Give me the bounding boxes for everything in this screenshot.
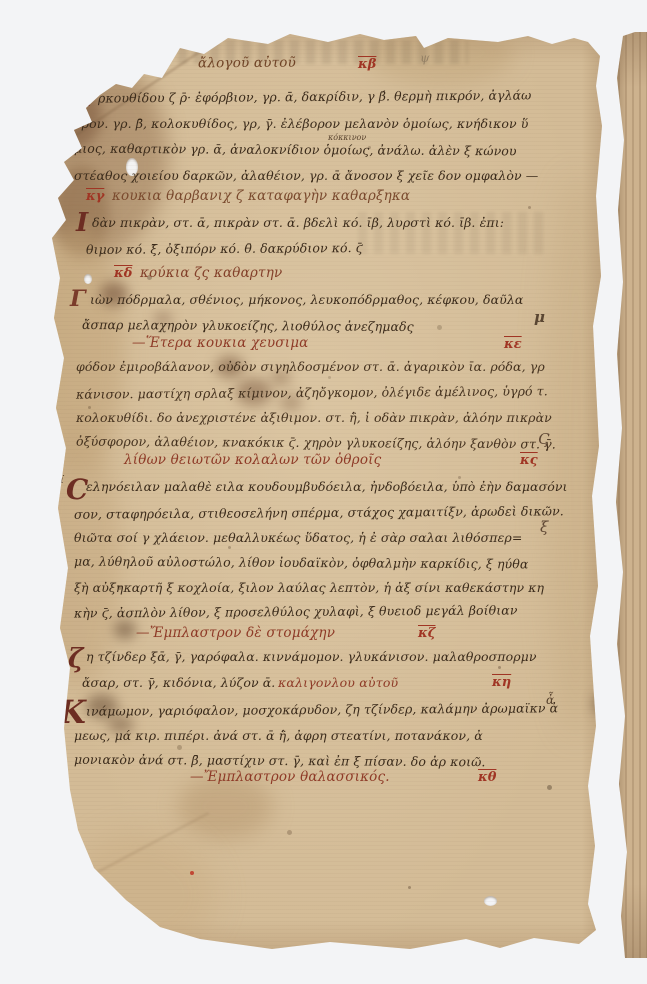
- red-speck: [190, 871, 194, 875]
- right-margin-mark: ξ: [540, 520, 548, 535]
- rubric-heading: —Ἔμπλαστρον θαλασσικός.: [190, 770, 390, 785]
- text-line: ρκουθίδου ζ ρ̄· ἐφόρβιον, γρ. ᾱ, δακρίδι…: [98, 88, 532, 105]
- crease-line: [32, 812, 210, 908]
- drop-initial: Κ: [58, 696, 86, 728]
- left-margin-mark: ἁ:: [48, 138, 60, 150]
- chapter-number-ks: κς: [520, 454, 538, 467]
- text-line: ἄσαρ, στ. γ̄, κιδόνια, λύζον ᾱ.: [82, 676, 275, 690]
- text-line: ιὼν πόδρμαλα, σθένιος, μήκονος, λευκοπόδ…: [90, 293, 523, 307]
- right-margin-mark: μ: [534, 310, 545, 325]
- left-margin-mark: ὡ: [38, 288, 46, 298]
- rubric-heading: λίθων θειωτῶν κολαλων τῶν ὀθροῖς: [124, 453, 381, 468]
- stain: [544, 176, 608, 736]
- chapter-number-kth: κθ: [478, 771, 496, 784]
- text-line: δὰν πικρὰν, στ. ᾱ, πικρὰν στ. ᾱ. βδελὶ κ…: [92, 216, 504, 230]
- worm-hole: [484, 896, 497, 906]
- crease-line: [13, 48, 205, 178]
- chapter-number-kh: κη: [492, 676, 511, 689]
- facing-page-edge-shading: [611, 32, 647, 958]
- text-line: ινάμωμον, γαριόφαλον, μοσχοκάρυδον, ζη τ…: [86, 701, 558, 719]
- drop-initial: Γ: [70, 288, 86, 310]
- rubric-heading: κούκια ζς καθαρτην: [140, 266, 282, 281]
- text-line: μονιακὸν ἀνά στ. β̄, μαστίχιν στ. γ̄, κα…: [74, 753, 486, 770]
- text-line: δρον. γρ. β̄, κολοκυθίδος, γρ, γ̄. ἐλέβο…: [74, 117, 529, 131]
- left-margin-mark: ὀϊ: [54, 476, 64, 486]
- right-margin-mark: Ϛ: [538, 432, 549, 447]
- rubric-heading: κουκια θαρβανιχ ζ καταφαγὴν καθαρξηκα: [112, 189, 410, 204]
- stain: [594, 694, 612, 714]
- inline-rubric: καλιγονλου αὐτοῦ: [278, 676, 398, 690]
- text-line: κὴν ϛ̄, ἀσπλὸν λίθον, ξ προσελθύλος χυλα…: [74, 603, 518, 620]
- chapter-number-kg: κγ: [86, 190, 104, 203]
- text-line: η τζίνδερ ξᾱ, γ̄, γαρόφαλα. κιννάμομον. …: [86, 650, 537, 664]
- rubric-heading: —Ἕτερα κουκια χευσιμα: [132, 336, 309, 351]
- text-line: ὀξύσφορον, ἀλαθέιον, κνακόκικ ϛ̄. χηρὸν …: [76, 435, 556, 452]
- chapter-number-kb: κβ: [358, 58, 376, 71]
- chapter-number-ke: κε: [504, 338, 522, 351]
- text-line: φόδον ἐμιροβάλανον, οὐδὸν σιγηλδοσμένον …: [76, 360, 545, 374]
- text-line: εληνόειλαν μαλαθὲ ειλα κουδουμβυδόειλα, …: [86, 480, 568, 494]
- left-margin-mark: φ: [46, 212, 54, 224]
- facing-page-edge: [611, 32, 647, 958]
- manuscript-page: ἄλογοῦ αὐτοῦ κβ ψ Α ρκουθίδου ζ ρ̄· ἐφόρ…: [28, 26, 605, 958]
- text-line: στέαθος χοιείου δαρκῶν, ἀλαθέιον, γρ. ᾱ …: [74, 169, 538, 183]
- drop-initial: ζ: [68, 646, 83, 672]
- interlinear-note: κόκκινον: [328, 134, 366, 142]
- text-line: κάνισον. μαστίχη σρλαξ κίμινον, ἀζηὄγκομ…: [76, 384, 548, 402]
- scan-background: ἄλογοῦ αὐτοῦ κβ ψ Α ρκουθίδου ζ ρ̄· ἐφόρ…: [0, 0, 647, 984]
- pencil-monogram-icon: [100, 42, 140, 90]
- text-line: κολοκυθίδι. δο ἀνεχριστένε ἀξιθιμον. στ.…: [76, 411, 552, 425]
- faint-margin-mark: ψ: [420, 52, 429, 64]
- worm-hole: [84, 274, 92, 284]
- text-line: μα, λύθηλοῦ αὐλοστώλο, λίθον ἰουδαϊκὸν, …: [74, 555, 529, 572]
- worm-hole: [60, 120, 70, 132]
- drop-initial: Ϲ: [66, 476, 88, 504]
- foxing-specks: [28, 26, 31, 29]
- rubric-heading: —Ἔμπλαστρον δὲ στομάχην: [136, 626, 335, 641]
- page-title: ἄλογοῦ αὐτοῦ: [198, 56, 296, 72]
- stain: [114, 620, 136, 639]
- text-line: μεως, μά κιρ. πιπέρι. ἀνά στ. ᾱ ἡ̈, ἀφρη…: [74, 729, 483, 743]
- text-line: μιος, καθαρτικὸν γρ. ᾱ, ἀναλοκνίδιον ὁμο…: [74, 142, 517, 159]
- left-margin-mark: ϟ: [50, 648, 58, 660]
- chapter-number-kd: κδ: [114, 267, 132, 280]
- drop-initial: Α: [68, 82, 91, 112]
- right-margin-mark: ἆ: [546, 694, 554, 706]
- drop-initial: Ι: [76, 210, 88, 236]
- text-line: ξὴ αὐξηκαρτῆ ξ κοχλοία, ξιλον λαύλας λεπ…: [74, 581, 544, 595]
- stain: [66, 832, 216, 957]
- chapter-number-kz: κζ: [418, 627, 435, 640]
- text-line: θιῶτα σοί γ χλάειον. μεθαλλυκέως ὕδατος,…: [74, 531, 522, 545]
- text-line: ἄσπαρ μελαχηρὸν γλυκοείζης, λιοθύλος ἀνε…: [82, 318, 414, 334]
- stain: [364, 20, 514, 86]
- left-margin-mark: α: [42, 702, 51, 714]
- text-line: σον, σταφηρόειλα, στιθεοσελήνη σπέρμα, σ…: [74, 504, 564, 522]
- text-line: θιμον κό. ξ̄, ὀξιπόρν κό. θ̄. δακρύδιον …: [86, 241, 363, 257]
